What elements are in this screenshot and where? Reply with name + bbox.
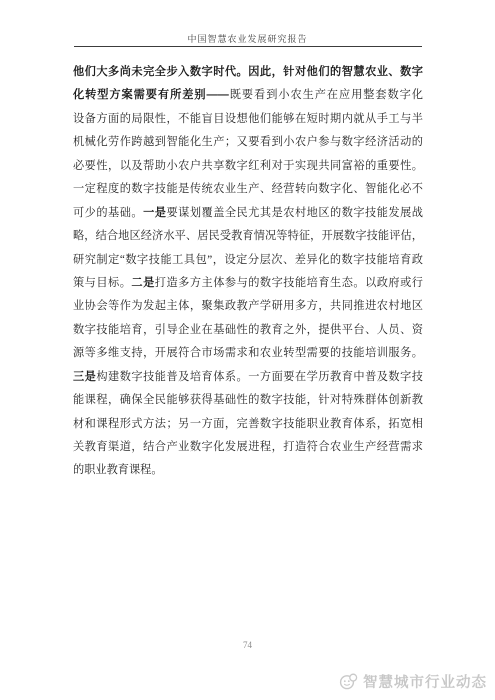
text-line: 的职业教育课程。 bbox=[73, 459, 423, 482]
text-line: 源等多维支持，开展符合市场需求和农业转型需要的技能培训服务。 bbox=[73, 342, 423, 365]
text-line: 可少的基础。一是要谋划覆盖全民尤其是农村地区的数字技能发展战 bbox=[73, 202, 423, 225]
text-line: 化转型方案需要有所差别——既要看到小农生产在应用整套数字化 bbox=[73, 84, 423, 107]
running-head: 中国智慧农业发展研究报告 bbox=[0, 32, 495, 45]
body-text: 他们大多尚未完全步入数字时代。因此，针对他们的智慧农业、数字化转型方案需要有所差… bbox=[73, 61, 423, 483]
watermark: 智慧城市行业动态 bbox=[339, 671, 487, 692]
text-line: 他们大多尚未完全步入数字时代。因此，针对他们的智慧农业、数字 bbox=[73, 61, 423, 84]
text-line: 机械化劳作跨越到智能化生产；又要看到小农户参与数字经济活动的 bbox=[73, 131, 423, 154]
text-line: 关教育渠道，结合产业数字化发展进程，打造符合农业生产经营需求 bbox=[73, 436, 423, 459]
text-line: 设备方面的局限性，不能盲目设想他们能够在短时期内就从手工与半 bbox=[73, 108, 423, 131]
text-line: 略，结合地区经济水平、居民受教育情况等特征，开展数字技能评估， bbox=[73, 225, 423, 248]
header-rule bbox=[74, 46, 422, 47]
text-line: 三是构建数字技能普及培育体系。一方面要在学历教育中普及数字技 bbox=[73, 366, 423, 389]
page-number: 74 bbox=[0, 640, 495, 650]
text-line: 业协会等作为发起主体，聚集政教产学研用多方，共同推进农村地区 bbox=[73, 295, 423, 318]
text-line: 能课程，确保全民能够获得基础性的数字技能，针对特殊群体创新教 bbox=[73, 389, 423, 412]
text-line: 必要性，以及帮助小农户共享数字红利对于实现共同富裕的重要性。 bbox=[73, 155, 423, 178]
document-page: 中国智慧农业发展研究报告 他们大多尚未完全步入数字时代。因此，针对他们的智慧农业… bbox=[0, 0, 495, 700]
text-line: 研究制定“数字技能工具包”，设定分层次、差异化的数字技能培育政 bbox=[73, 249, 423, 272]
text-line: 材和课程形式方法；另一方面，完善数字技能职业教育体系，拓宽相 bbox=[73, 413, 423, 436]
text-line: 一定程度的数字技能是传统农业生产、经营转向数字化、智能化必不 bbox=[73, 178, 423, 201]
smiley-circles-icon bbox=[339, 673, 358, 690]
text-line: 数字技能培育，引导企业在基础性的教育之外，提供平台、人员、资 bbox=[73, 319, 423, 342]
watermark-text: 智慧城市行业动态 bbox=[363, 671, 487, 692]
text-line: 策与目标。二是打造多方主体参与的数字技能培育生态。以政府或行 bbox=[73, 272, 423, 295]
